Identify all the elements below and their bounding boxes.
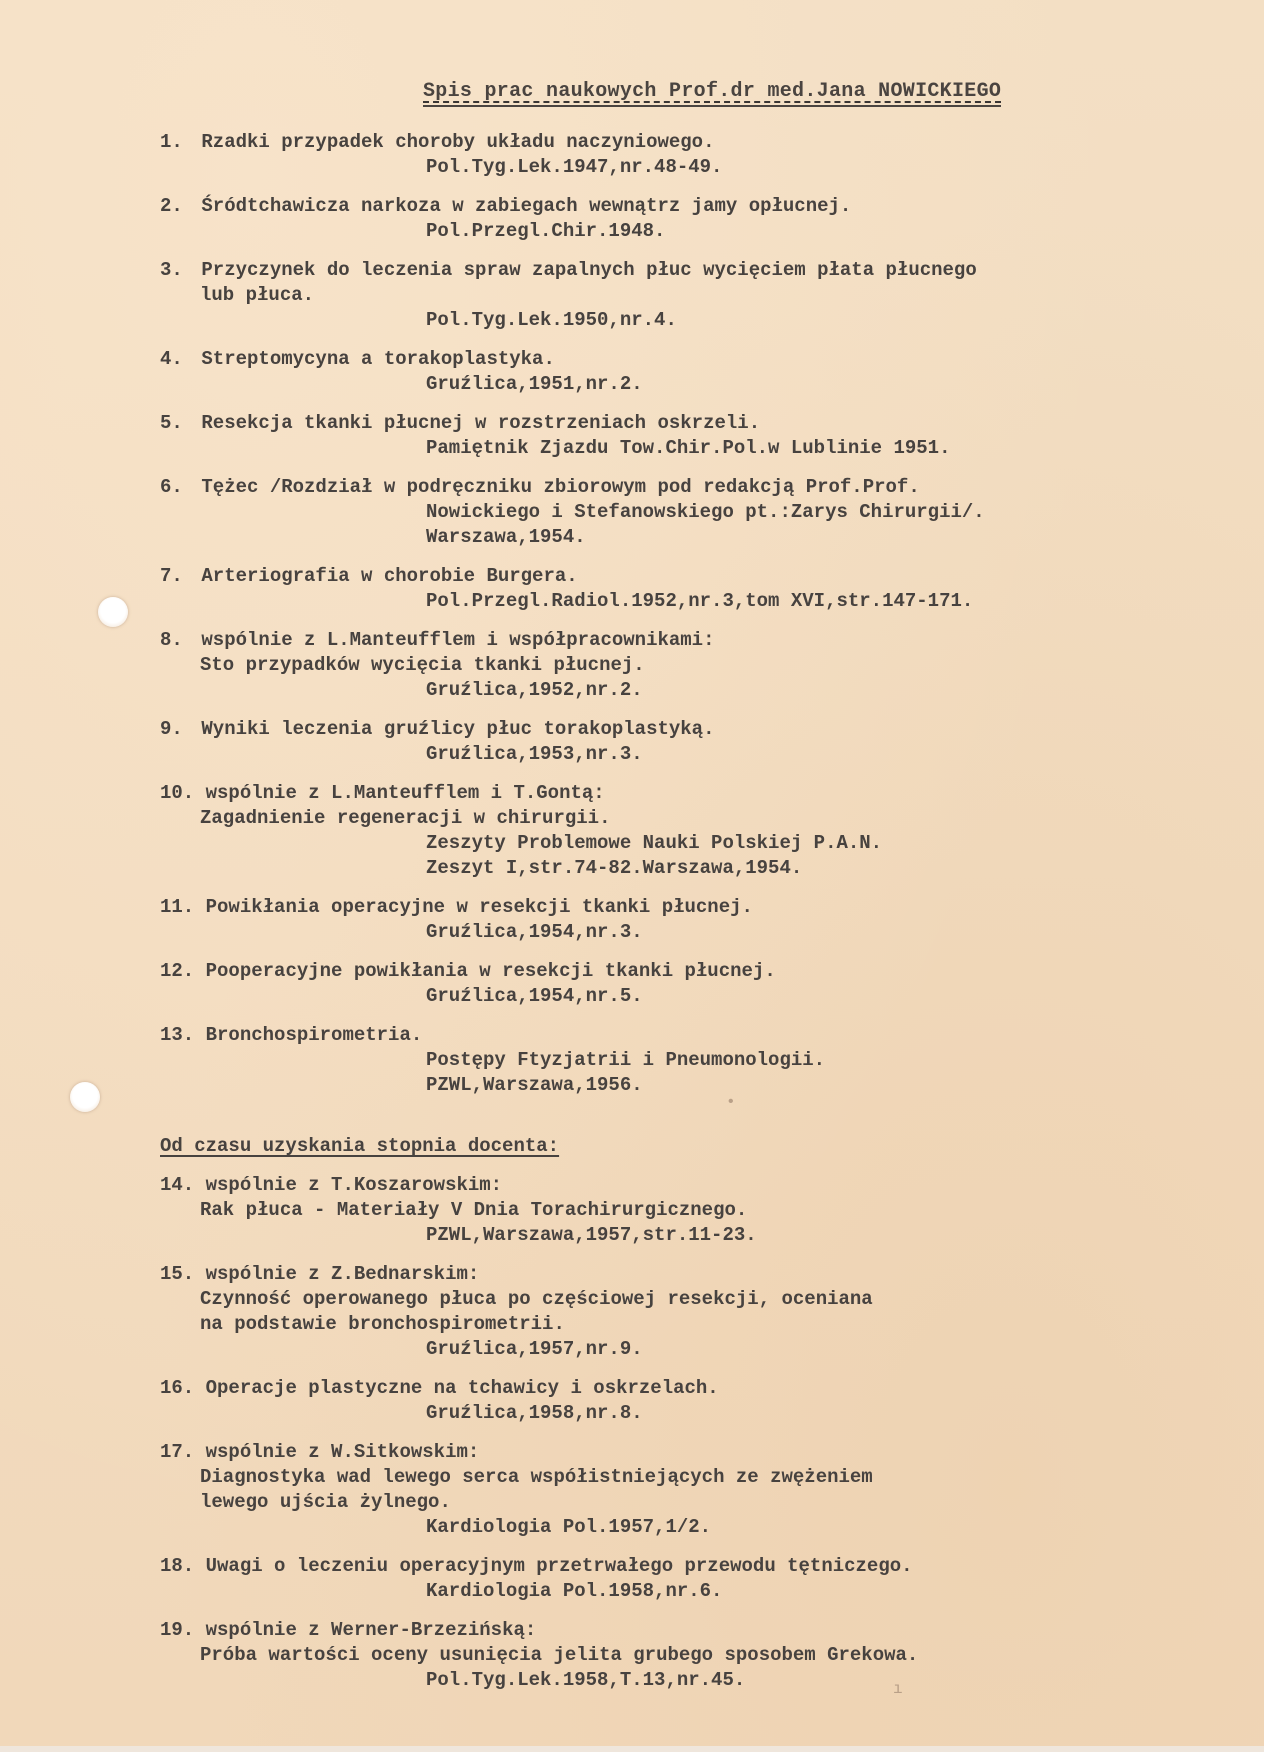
publication-text: wspólnie z T.Koszarowskim: [206, 1174, 502, 1196]
publication-title-continuation: Czynność operowanego płuca po częściowej… [160, 1287, 1160, 1312]
punch-hole-lower [70, 1082, 100, 1112]
publication-text: Wyniki leczenia gruźlicy płuc torakoplas… [201, 718, 714, 740]
publication-title-line: 8. wspólnie z L.Manteufflem i współpraco… [160, 628, 1160, 653]
publication-number: 15. [160, 1262, 194, 1287]
publication-title-line: 10. wspólnie z L.Manteufflem i T.Gontą: [160, 781, 1160, 806]
publication-entry: 16. Operacje plastyczne na tchawicy i os… [160, 1376, 1160, 1426]
publication-number: 18. [160, 1554, 194, 1579]
publication-citation: Gruźlica,1951,nr.2. [160, 372, 1160, 397]
publication-text: lub płuca. [200, 284, 314, 306]
publication-entry: 11. Powikłania operacyjne w resekcji tka… [160, 895, 1160, 945]
publication-text: Powikłania operacyjne w resekcji tkanki … [206, 896, 753, 918]
publication-text: Resekcja tkanki płucnej w rozstrzeniach … [201, 412, 760, 434]
publication-citation: Gruźlica,1958,nr.8. [160, 1401, 1160, 1426]
publication-text: Uwagi o leczeniu operacyjnym przetrwałeg… [206, 1555, 913, 1577]
publication-title-continuation: na podstawie bronchospirometrii. [160, 1312, 1160, 1337]
publication-text: Bronchospirometria. [206, 1024, 423, 1046]
publication-number: 9. [160, 717, 190, 742]
punch-hole-upper [98, 597, 128, 627]
publication-title-line: 1. Rzadki przypadek choroby układu naczy… [160, 130, 1160, 155]
publication-text: Zagadnienie regeneracji w chirurgii. [200, 807, 610, 829]
publication-number: 4. [160, 347, 190, 372]
publications-after-docent: 14. wspólnie z T.Koszarowskim:Rak płuca … [160, 1173, 1160, 1693]
publication-number: 8. [160, 628, 190, 653]
publication-citation: Pol.Tyg.Lek.1958,T.13,nr.45. [160, 1668, 1160, 1693]
ink-smudge: • [726, 1093, 736, 1111]
publication-text: Operacje plastyczne na tchawicy i oskrze… [206, 1377, 719, 1399]
publication-text: Próba wartości oceny usunięcia jelita gr… [200, 1644, 918, 1666]
publication-title-line: 9. Wyniki leczenia gruźlicy płuc torakop… [160, 717, 1160, 742]
publication-entry: 13. Bronchospirometria.Postępy Ftyzjatri… [160, 1023, 1160, 1098]
publication-entry: 14. wspólnie z T.Koszarowskim:Rak płuca … [160, 1173, 1160, 1248]
publication-title-continuation: Diagnostyka wad lewego serca współistnie… [160, 1465, 1160, 1490]
publication-title-continuation: Zagadnienie regeneracji w chirurgii. [160, 806, 1160, 831]
publication-text: lewego ujścia żylnego. [200, 1491, 451, 1513]
publication-title-continuation: Próba wartości oceny usunięcia jelita gr… [160, 1643, 1160, 1668]
publication-citation: Gruźlica,1954,nr.5. [160, 984, 1160, 1009]
publication-number: 13. [160, 1023, 194, 1048]
publication-list: 1. Rzadki przypadek choroby układu naczy… [160, 130, 1160, 1707]
publication-title-continuation: Rak płuca - Materiały V Dnia Torachirurg… [160, 1198, 1160, 1223]
publication-title-line: 7. Arteriografia w chorobie Burgera. [160, 564, 1160, 589]
publication-citation: Postępy Ftyzjatrii i Pneumonologii. [160, 1048, 1160, 1073]
publication-title-line: 12. Pooperacyjne powikłania w resekcji t… [160, 959, 1160, 984]
publication-text: wspólnie z L.Manteufflem i współpracowni… [201, 629, 714, 651]
publication-number: 2. [160, 194, 190, 219]
publication-title-line: 6. Tężec /Rozdział w podręczniku zbiorow… [160, 475, 1160, 500]
publication-title-line: 2. Śródtchawicza narkoza w zabiegach wew… [160, 194, 1160, 219]
publication-title-line: 15. wspólnie z Z.Bednarskim: [160, 1262, 1160, 1287]
publication-text: wspólnie z L.Manteufflem i T.Gontą: [206, 782, 605, 804]
publication-title-line: 5. Resekcja tkanki płucnej w rozstrzenia… [160, 411, 1160, 436]
ink-smudge: ı [893, 1680, 903, 1698]
publication-citation: Kardiologia Pol.1958,nr.6. [160, 1579, 1160, 1604]
publication-title-line: 18. Uwagi o leczeniu operacyjnym przetrw… [160, 1554, 1160, 1579]
publication-text: Tężec /Rozdział w podręczniku zbiorowym … [201, 476, 919, 498]
publication-text: na podstawie bronchospirometrii. [200, 1313, 565, 1335]
publication-citation: Gruźlica,1954,nr.3. [160, 920, 1160, 945]
section-heading-docent: Od czasu uzyskania stopnia docenta: [160, 1134, 559, 1159]
publication-entry: 7. Arteriografia w chorobie Burgera.Pol.… [160, 564, 1160, 614]
publication-title-line: 17. wspólnie z W.Sitkowskim: [160, 1440, 1160, 1465]
publication-text: Pooperacyjne powikłania w resekcji tkank… [206, 960, 776, 982]
publication-text: Czynność operowanego płuca po częściowej… [200, 1288, 873, 1310]
publication-number: 14. [160, 1173, 194, 1198]
publication-citation: Pol.Przegl.Radiol.1952,nr.3,tom XVI,str.… [160, 589, 1160, 614]
publication-entry: 1. Rzadki przypadek choroby układu naczy… [160, 130, 1160, 180]
publication-title-line: 13. Bronchospirometria. [160, 1023, 1160, 1048]
publication-entry: 3. Przyczynek do leczenia spraw zapalnyc… [160, 258, 1160, 333]
publication-title-line: 4. Streptomycyna a torakoplastyka. [160, 347, 1160, 372]
publication-citation: Gruźlica,1957,nr.9. [160, 1337, 1160, 1362]
publication-citation: Gruźlica,1952,nr.2. [160, 678, 1160, 703]
document-page: Spis prac naukowych Prof.dr med.Jana NOW… [0, 0, 1264, 1752]
publication-citation: Warszawa,1954. [160, 525, 1160, 550]
publication-citation: Zeszyt I,str.74-82.Warszawa,1954. [160, 856, 1160, 881]
publication-text: wspólnie z Werner-Brzezińską: [206, 1619, 537, 1641]
publication-number: 1. [160, 130, 190, 155]
publication-entry: 4. Streptomycyna a torakoplastyka.Gruźli… [160, 347, 1160, 397]
page-bottom-edge [0, 1746, 1264, 1752]
publication-title-line: 16. Operacje plastyczne na tchawicy i os… [160, 1376, 1160, 1401]
publication-text: wspólnie z Z.Bednarskim: [206, 1263, 480, 1285]
publication-citation: Pamiętnik Zjazdu Tow.Chir.Pol.w Lublinie… [160, 436, 1160, 461]
publication-number: 12. [160, 959, 194, 984]
publication-citation: Kardiologia Pol.1957,1/2. [160, 1515, 1160, 1540]
publication-title-continuation: lub płuca. [160, 283, 1160, 308]
publication-title-line: 3. Przyczynek do leczenia spraw zapalnyc… [160, 258, 1160, 283]
publication-entry: 10. wspólnie z L.Manteufflem i T.Gontą:Z… [160, 781, 1160, 881]
publication-title-continuation: lewego ujścia żylnego. [160, 1490, 1160, 1515]
publication-text: Arteriografia w chorobie Burgera. [201, 565, 577, 587]
publication-title-continuation: Sto przypadków wycięcia tkanki płucnej. [160, 653, 1160, 678]
publication-citation: Pol.Tyg.Lek.1950,nr.4. [160, 308, 1160, 333]
publication-number: 3. [160, 258, 190, 283]
publication-text: Sto przypadków wycięcia tkanki płucnej. [200, 654, 645, 676]
publication-number: 16. [160, 1376, 194, 1401]
publication-citation: Pol.Tyg.Lek.1947,nr.48-49. [160, 155, 1160, 180]
publication-number: 6. [160, 475, 190, 500]
publication-title-line: 14. wspólnie z T.Koszarowskim: [160, 1173, 1160, 1198]
publication-citation: Pol.Przegl.Chir.1948. [160, 219, 1160, 244]
publication-entry: 2. Śródtchawicza narkoza w zabiegach wew… [160, 194, 1160, 244]
publication-citation: Nowickiego i Stefanowskiego pt.:Zarys Ch… [160, 500, 1160, 525]
publication-entry: 17. wspólnie z W.Sitkowskim:Diagnostyka … [160, 1440, 1160, 1540]
publication-entry: 18. Uwagi o leczeniu operacyjnym przetrw… [160, 1554, 1160, 1604]
publications-before-docent: 1. Rzadki przypadek choroby układu naczy… [160, 130, 1160, 1098]
publication-citation: PZWL,Warszawa,1957,str.11-23. [160, 1223, 1160, 1248]
publication-citation: PZWL,Warszawa,1956. [160, 1073, 1160, 1098]
publication-entry: 9. Wyniki leczenia gruźlicy płuc torakop… [160, 717, 1160, 767]
publication-text: Śródtchawicza narkoza w zabiegach wewnąt… [201, 195, 851, 217]
publication-citation: Gruźlica,1953,nr.3. [160, 742, 1160, 767]
publication-text: wspólnie z W.Sitkowskim: [206, 1441, 480, 1463]
publication-text: Streptomycyna a torakoplastyka. [201, 348, 554, 370]
publication-title-line: 19. wspólnie z Werner-Brzezińską: [160, 1618, 1160, 1643]
publication-text: Diagnostyka wad lewego serca współistnie… [200, 1466, 873, 1488]
publication-entry: 5. Resekcja tkanki płucnej w rozstrzenia… [160, 411, 1160, 461]
publication-text: Rak płuca - Materiały V Dnia Torachirurg… [200, 1199, 747, 1221]
publication-number: 19. [160, 1618, 194, 1643]
publication-entry: 15. wspólnie z Z.Bednarskim:Czynność ope… [160, 1262, 1160, 1362]
publication-number: 7. [160, 564, 190, 589]
document-title: Spis prac naukowych Prof.dr med.Jana NOW… [423, 80, 1001, 107]
publication-number: 5. [160, 411, 190, 436]
publication-number: 10. [160, 781, 194, 806]
publication-entry: 19. wspólnie z Werner-Brzezińską:Próba w… [160, 1618, 1160, 1693]
publication-entry: 8. wspólnie z L.Manteufflem i współpraco… [160, 628, 1160, 703]
publication-citation: Zeszyty Problemowe Nauki Polskiej P.A.N. [160, 831, 1160, 856]
publication-number: 17. [160, 1440, 194, 1465]
publication-title-line: 11. Powikłania operacyjne w resekcji tka… [160, 895, 1160, 920]
publication-text: Rzadki przypadek choroby układu naczynio… [201, 131, 714, 153]
publication-entry: 12. Pooperacyjne powikłania w resekcji t… [160, 959, 1160, 1009]
publication-entry: 6. Tężec /Rozdział w podręczniku zbiorow… [160, 475, 1160, 550]
publication-number: 11. [160, 895, 194, 920]
publication-text: Przyczynek do leczenia spraw zapalnych p… [201, 259, 976, 281]
